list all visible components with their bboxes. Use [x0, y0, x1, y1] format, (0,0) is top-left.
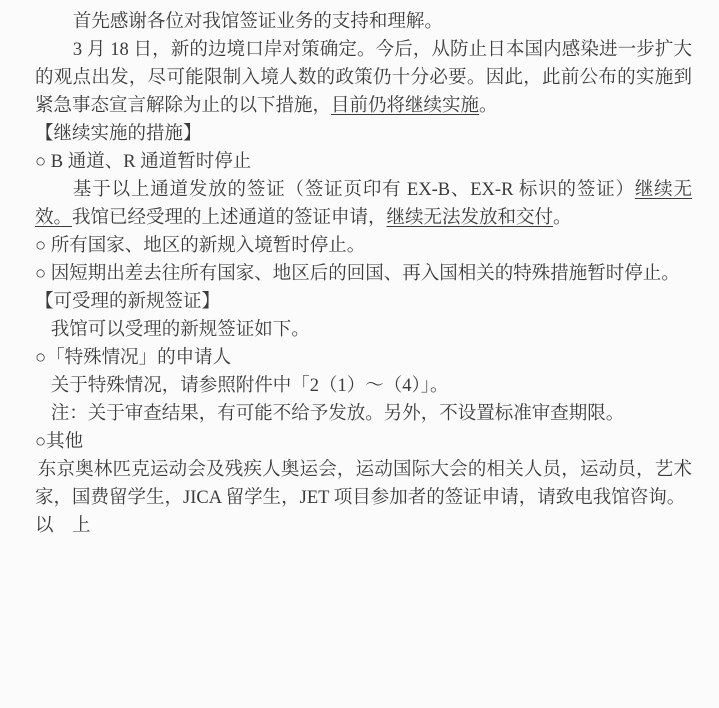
- others-detail: 东京奥林匹克运动会及残疾人奥运会，运动国际大会的相关人员，运动员，艺术家，国费留…: [35, 456, 692, 512]
- accepted-applications-text: 我馆已经受理的上述通道的签证申请，: [72, 208, 387, 228]
- bullet-item-channels-suspended: ○ B 通道、R 通道暂时停止: [35, 148, 692, 176]
- special-cases-detail: 关于特殊情况，请参照附件中「2（1）～（4）」。: [35, 372, 692, 400]
- closing-mark: 以 上: [35, 512, 692, 540]
- bullet-item-new-entry-suspended: ○ 所有国家、地区的新规入境暂时停止。: [35, 232, 692, 260]
- channels-detail-text: 基于以上通道发放的签证（签证页印有 EX-B、EX-R 标识的签证）: [73, 180, 635, 200]
- bullet-item-short-trip-measures-suspended: ○ 因短期出差去往所有国家、地区后的回国、再入国相关的特殊措施暂时停止。: [35, 260, 692, 288]
- border-policy-paragraph: 3 月 18 日，新的边境口岸对策确定。今后，从防止日本国内感染进一步扩大的观点…: [35, 36, 692, 120]
- channels-detail-paragraph: 基于以上通道发放的签证（签证页印有 EX-B、EX-R 标识的签证）继续无效。我…: [35, 176, 692, 232]
- section-heading-acceptable-visas: 【可受理的新规签证】: [35, 288, 692, 316]
- intro-paragraph: 首先感谢各位对我馆签证业务的支持和理解。: [35, 8, 692, 36]
- section-heading-continuing-measures: 【继续实施的措施】: [35, 120, 692, 148]
- acceptable-visas-intro: 我馆可以受理的新规签证如下。: [35, 316, 692, 344]
- notice-document: 首先感谢各位对我馆签证业务的支持和理解。 3 月 18 日，新的边境口岸对策确定…: [0, 0, 719, 708]
- review-note: 注：关于审查结果，有可能不给予发放。另外，不设置标准审查期限。: [35, 400, 692, 428]
- border-policy-period: 。: [479, 96, 498, 116]
- cannot-issue-underlined-text: 继续无法发放和交付: [387, 208, 554, 228]
- bullet-item-others: ○其他: [35, 428, 692, 456]
- channels-detail-period: 。: [553, 208, 572, 228]
- continue-implementation-underlined-text: 目前仍将继续实施: [331, 96, 479, 116]
- bullet-item-special-cases: ○「特殊情况」的申请人: [35, 344, 692, 372]
